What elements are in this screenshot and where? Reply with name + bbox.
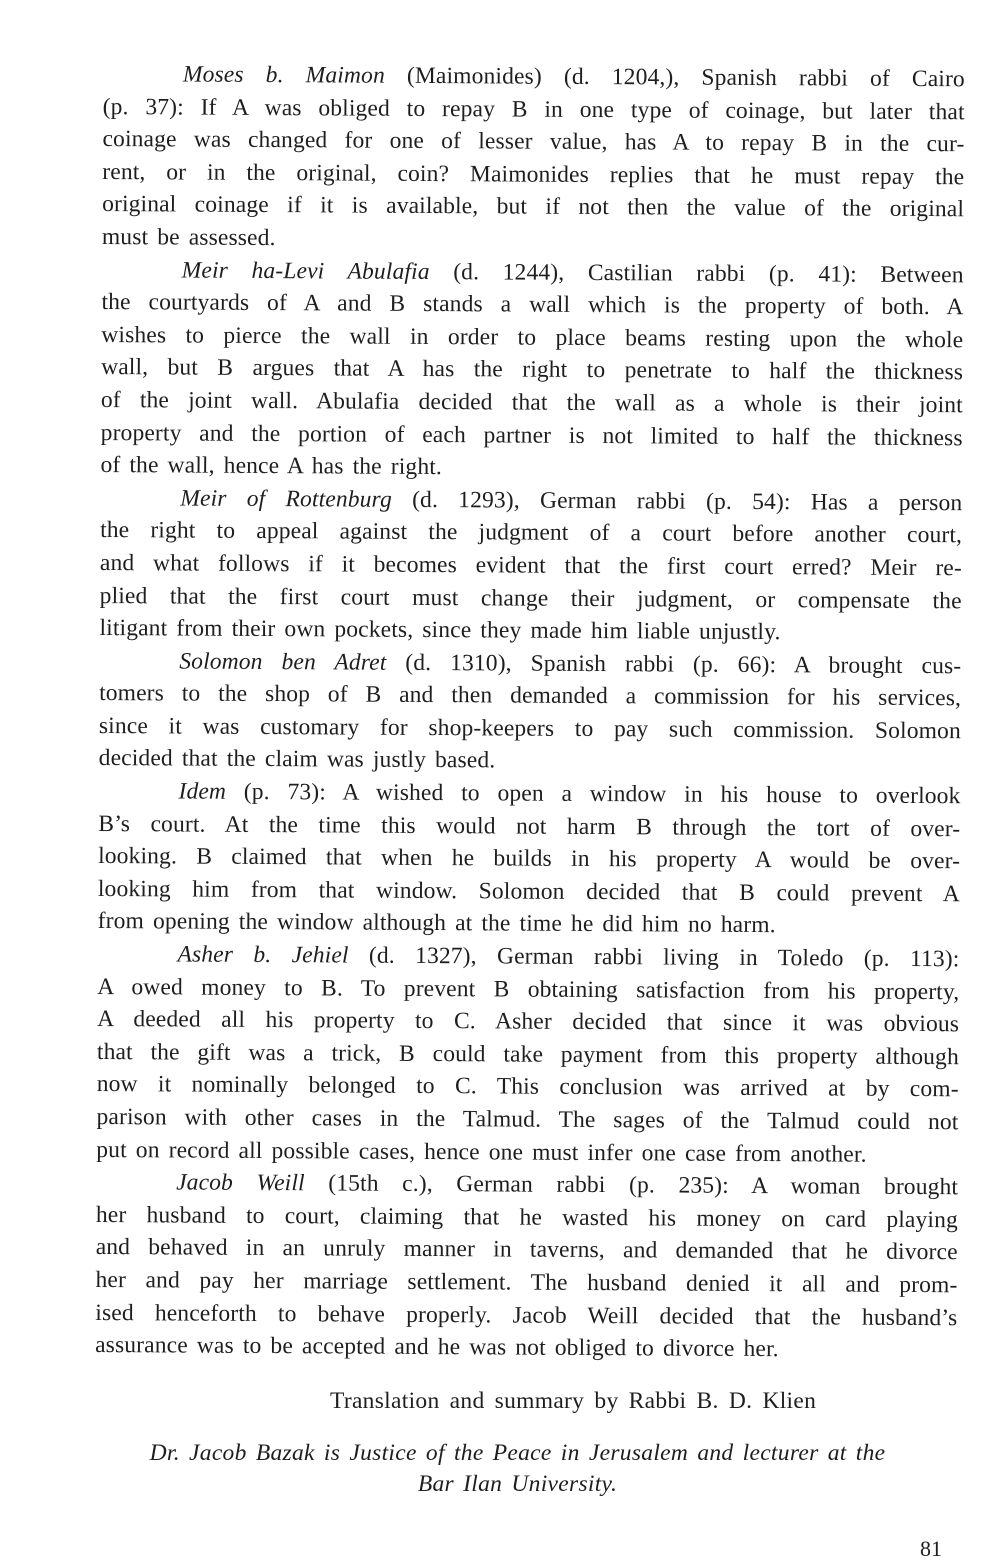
entry-paragraph: Jacob Weill (15th c.), German rabbi (p. … [95,1166,958,1367]
text-line: A deeded all his property to C. Asher de… [97,1003,959,1041]
text-line: original coinage if it is available, but… [102,188,964,226]
text-line: the right to appeal against the judgment… [100,514,962,552]
text-line: Solomon ben Adret (d. 1310), Spanish rab… [99,645,961,683]
document-body: Moses b. Maimon (Maimonides) (d. 1204,),… [95,58,965,1367]
text-line: Asher b. Jehiel (d. 1327), German rabbi … [97,938,959,976]
text-line: her and pay her marriage settlement. The… [95,1264,957,1302]
text-line: must be assessed. [102,221,964,259]
page-number: 81 [920,1536,942,1562]
text-line: her husband to court, claiming that he w… [96,1199,958,1237]
entry-text: (Maimonides) (d. 1204,), Spanish rabbi o… [385,63,965,93]
entry-paragraph: Meir ha-Levi Abulafia (d. 1244), Castili… [100,254,963,487]
text-line: Jacob Weill (15th c.), German rabbi (p. … [96,1166,958,1204]
text-line: the courtyards of A and B stands a wall … [101,286,963,324]
text-line: Meir ha-Levi Abulafia (d. 1244), Castili… [102,254,964,292]
entry-paragraph: Moses b. Maimon (Maimonides) (d. 1204,),… [102,58,965,259]
entry-text: (d. 1327), German rabbi living in Toledo… [349,943,960,973]
entry-paragraph: Asher b. Jehiel (d. 1327), German rabbi … [96,938,959,1171]
entry-text: (d. 1310), Spanish rabbi (p. 66): A brou… [386,649,961,679]
rabbi-name: Jacob Weill [176,1170,305,1197]
entry-paragraph: Meir of Rottenburg (d. 1293), German rab… [99,482,962,650]
text-line: that the gift was a trick, B could take … [97,1036,959,1074]
text-line: decided that the claim was justly based. [99,742,961,780]
text-line: plied that the first court must change t… [100,579,962,617]
text-line: assurance was to be accepted and he was … [95,1329,957,1367]
rabbi-name: Idem [178,779,226,805]
entry-text: (d. 1244), Castilian rabbi (p. 41): Betw… [430,259,964,288]
text-line: (p. 37): If A was obliged to repay B in … [103,91,965,129]
rabbi-name: Moses b. Maimon [183,61,385,88]
text-line: ised henceforth to behave properly. Jaco… [95,1297,957,1335]
text-line: from opening the window although at the … [98,905,960,943]
text-line: parison with other cases in the Talmud. … [96,1101,958,1139]
entry-text: (p. 73): A wished to open a window in hi… [226,779,961,809]
author-bio-line-2: Bar Ilan University. [100,1469,935,1500]
text-line: A owed money to B. To prevent B obtainin… [97,971,959,1009]
text-line: rent, or in the original, coin? Maimonid… [102,156,964,194]
text-line: B’s court. At the time this would not ha… [98,808,960,846]
text-line: and behaved in an unruly manner in taver… [96,1231,958,1269]
text-line: looking. B claimed that when he builds i… [98,840,960,878]
text-line: Idem (p. 73): A wished to open a window … [98,775,960,813]
text-line: property and the portion of each partner… [101,417,963,455]
rabbi-name: Solomon ben Adret [179,648,386,675]
text-line: Moses b. Maimon (Maimonides) (d. 1204,),… [103,58,965,96]
text-line: of the joint wall. Abulafia decided that… [101,384,963,422]
text-line: looking him from that window. Solomon de… [98,873,960,911]
text-line: put on record all possible cases, hence … [96,1134,958,1172]
entry-text: (d. 1293), German rabbi (p. 54): Has a p… [392,486,963,515]
text-line: wishes to pierce the wall in order to pl… [101,319,963,357]
rabbi-name: Meir ha-Levi Abulafia [182,257,430,285]
text-line: wall, but B argues that A has the right … [101,351,963,389]
entry-paragraph: Idem (p. 73): A wished to open a window … [98,775,961,943]
entry-paragraph: Solomon ben Adret (d. 1310), Spanish rab… [99,645,962,781]
author-bio-line-1: Dr. Jacob Bazak is Justice of the Peace … [100,1438,935,1469]
author-bio: Dr. Jacob Bazak is Justice of the Peace … [100,1438,935,1500]
text-line: and what follows if it becomes evident t… [100,547,962,585]
translation-credit: Translation and summary by Rabbi B. D. K… [330,1388,816,1415]
text-line: now it nominally belonged to C. This con… [97,1068,959,1106]
text-line: Meir of Rottenburg (d. 1293), German rab… [100,482,962,520]
text-line: since it was customary for shop-keepers … [99,710,961,748]
rabbi-name: Meir of Rottenburg [180,485,392,512]
rabbi-name: Asher b. Jehiel [177,942,348,969]
text-line: tomers to the shop of B and then demande… [99,677,961,715]
text-line: coinage was changed for one of lesser va… [102,123,964,161]
text-line: litigant from their own pockets, since t… [99,612,961,650]
text-line: of the wall, hence A has the right. [100,449,962,487]
entry-text: (15th c.), German rabbi (p. 235): A woma… [305,1170,959,1200]
